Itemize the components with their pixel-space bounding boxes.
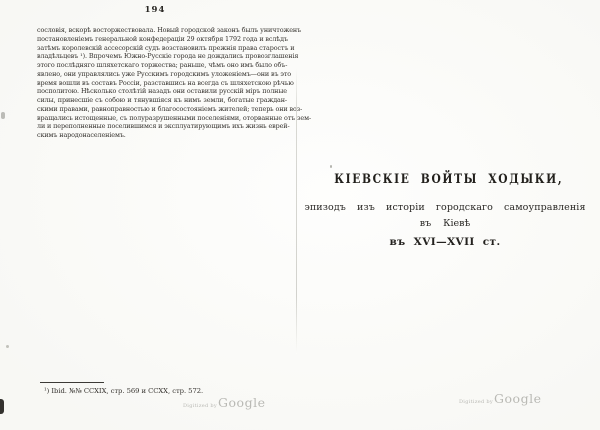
watermark-prefix-text: Digitized by [459, 399, 493, 405]
google-logo-text: Google [218, 395, 265, 410]
text-line: скими правами, равноправностью и благосо… [37, 105, 287, 114]
chapter-subtitle-line1: эпизодъ изъ исторіи городскаго самоуправ… [303, 202, 587, 213]
book-scan-page: { "page": { "left": { "page_number": "19… [0, 0, 600, 430]
scan-speck [330, 165, 332, 168]
text-line: явлено, они управлялись уже Русскимъ гор… [37, 70, 287, 79]
footnote-separator [40, 382, 104, 383]
scan-ink-blot [0, 399, 4, 414]
text-line: владѣльцевъ ¹). Впрочемъ Южно-Русскіе го… [37, 52, 287, 61]
page-gutter-fold [296, 68, 297, 354]
page-number: 194 [135, 5, 175, 15]
scan-speck [6, 345, 9, 348]
text-line: вращались истощенные, съ полуразрушенным… [37, 114, 287, 123]
text-line: затѣмъ королевскій ассесорскій судъ возс… [37, 44, 287, 53]
text-line: этого послѣдняго шляхетскаго торжества; … [37, 61, 287, 70]
google-watermark-left: Digitized by Google [183, 395, 265, 410]
text-line: время вошли въ составъ Россіи, разставши… [37, 79, 287, 88]
scan-speck [1, 112, 5, 119]
chapter-subtitle-line2: въ Кіевѣ [303, 218, 587, 229]
google-watermark-right: Digitized by Google [459, 391, 541, 406]
watermark-prefix-text: Digitized by [183, 403, 217, 409]
text-line: силы, принесшіе съ собою и тянувшіяся къ… [37, 96, 287, 105]
text-line: ли и переполненные поселившимся и эксплу… [37, 122, 287, 131]
chapter-title: КІЕВСКІЕ ВОЙТЫ ХОДЫКИ, [334, 172, 555, 187]
body-paragraph: сословія, вскорѣ восторжествовала. Новый… [37, 26, 287, 140]
chapter-subtitle-line3: въ XVI—XVII ст. [303, 236, 587, 248]
google-logo-text: Google [494, 391, 541, 406]
text-line: скимъ народонаселеніемъ. [37, 131, 287, 140]
footnote-text: ¹) Ibid. №№ CCXIX, стр. 569 и CCXX, стр.… [44, 387, 264, 395]
text-line: посполитою. Нѣсколько столѣтій назадъ он… [37, 87, 287, 96]
text-line: сословія, вскорѣ восторжествовала. Новый… [37, 26, 287, 35]
text-line: постановленіемъ генеральной конфедераціи… [37, 35, 287, 44]
